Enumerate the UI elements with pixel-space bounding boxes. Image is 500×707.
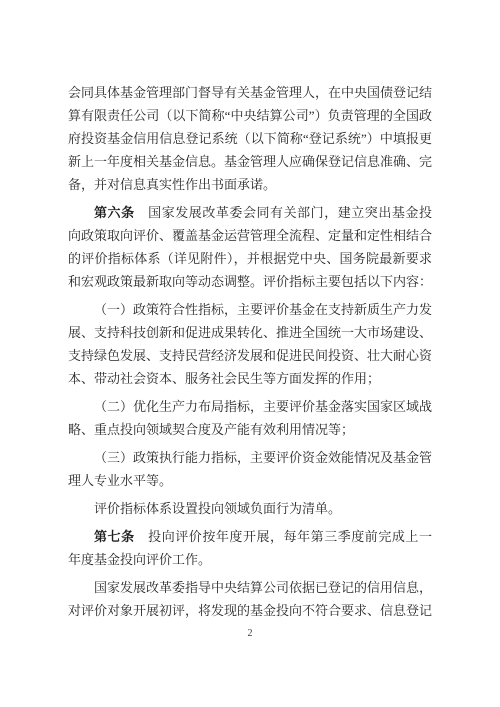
paragraph: 国家发展改革委指导中央结算公司依据已登记的信用信息，对评价对象开展初评，将发现的… (68, 576, 432, 622)
paragraph-text: 会同具体基金管理部门督导有关基金管理人，在中央国债登记结算有限责任公司（以下简称… (68, 85, 432, 192)
page-number: 2 (0, 628, 500, 639)
document-page: 会同具体基金管理部门督导有关基金管理人，在中央国债登记结算有限责任公司（以下简称… (0, 0, 500, 707)
document-body: 会同具体基金管理部门督导有关基金管理人，在中央国债登记结算有限责任公司（以下简称… (68, 81, 432, 622)
paragraph-text: 国家发展改革委指导中央结算公司依据已登记的信用信息，对评价对象开展初评，将发现的… (68, 580, 432, 618)
paragraph: （三）政策执行能力指标，主要评价资金效能情况及基金管理人专业水平等。 (68, 446, 432, 492)
paragraph-text: （一）政策符合性指标，主要评价基金在支持新质生产力发展、支持科技创新和促进成果转… (68, 302, 432, 386)
article-number: 第六条 (94, 205, 135, 220)
article-number: 第七条 (94, 529, 135, 544)
paragraph-text: （二）优化生产力布局指标，主要评价基金落实国家区域战略、重点投向领域契合度及产能… (68, 399, 432, 437)
paragraph: （一）政策符合性指标，主要评价基金在支持新质生产力发展、支持科技创新和促进成果转… (68, 298, 432, 390)
paragraph-text: （三）政策执行能力指标，主要评价资金效能情况及基金管理人专业水平等。 (68, 450, 432, 488)
paragraph: 会同具体基金管理部门督导有关基金管理人，在中央国债登记结算有限责任公司（以下简称… (68, 81, 432, 196)
paragraph: （二）优化生产力布局指标，主要评价基金落实国家区域战略、重点投向领域契合度及产能… (68, 395, 432, 441)
paragraph-text: 评价指标体系设置投向领域负面行为清单。 (94, 501, 341, 516)
paragraph: 第七条 投向评价按年度开展，每年第三季度前完成上一年度基金投向评价工作。 (68, 525, 432, 571)
paragraph: 评价指标体系设置投向领域负面行为清单。 (68, 497, 432, 520)
paragraph: 第六条 国家发展改革委会同有关部门，建立突出基金投向政策取向评价、覆盖基金运营管… (68, 201, 432, 293)
